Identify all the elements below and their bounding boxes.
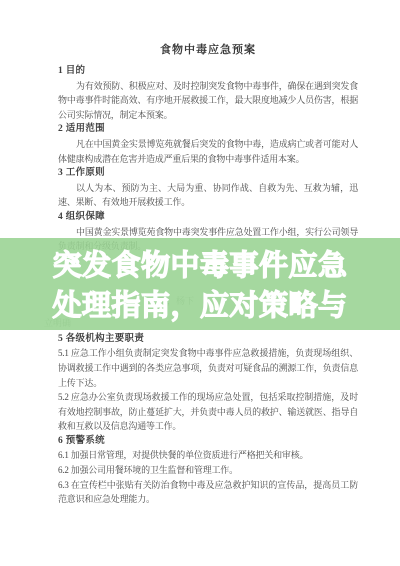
document-title: 食物中毒应急预案 — [58, 42, 358, 58]
section-paragraph: 6.2 加强公司用餐环境的卫生监督和管理工作。 — [58, 463, 358, 478]
caption-line-2: 处理指南，应对策略与 — [52, 285, 347, 325]
section-heading-6: 6 预警系统 — [58, 434, 358, 449]
caption-overlay-band: 突发食物中毒事件应急 处理指南，应对策略与 — [0, 238, 400, 330]
caption-line-1: 突发食物中毒事件应急 — [52, 245, 347, 285]
section-paragraph: 6.1 加强日常管理，对提供快餐的单位资质进行严格把关和审核。 — [58, 448, 358, 463]
section-paragraph: 以人为本、预防为主、大局为重、协同作战、自救为先、互救为辅，迅速、果断、有效地开… — [58, 181, 358, 210]
section-heading-1: 1 目的 — [58, 64, 358, 79]
section-paragraph: 5.1 应急工作小组负责制定突发食物中毒事件应急救援措施，负责现场组织、协调救援… — [58, 346, 358, 390]
section-heading-4: 4 组织保障 — [58, 210, 358, 225]
section-paragraph: 6.3 在宣传栏中张贴有关防治食物中毒及应急救护知识的宣传品，提高员工防范意识和… — [58, 478, 358, 507]
section-heading-5: 5 各级机构主要职责 — [58, 332, 358, 347]
section-heading-2: 2 适用范围 — [58, 122, 358, 137]
section-paragraph: 为有效预防、积极应对、及时控制突发食物中毒事件，确保在遇到突发食物中毒事件时能高… — [58, 79, 358, 123]
document-page: 食物中毒应急预案 1 目的为有效预防、积极应对、及时控制突发食物中毒事件，确保在… — [0, 0, 400, 566]
section-paragraph: 5.2 应急办公室负责现场救援工作的现场应急处置，包括采取控制措施，及时有效地控… — [58, 390, 358, 434]
section-paragraph: 凡在中国黄金实景博览苑就餐后突发的食物中毒，造成病亡或者可能对人体健康构成潜在危… — [58, 137, 358, 166]
section-heading-3: 3 工作原则 — [58, 166, 358, 181]
